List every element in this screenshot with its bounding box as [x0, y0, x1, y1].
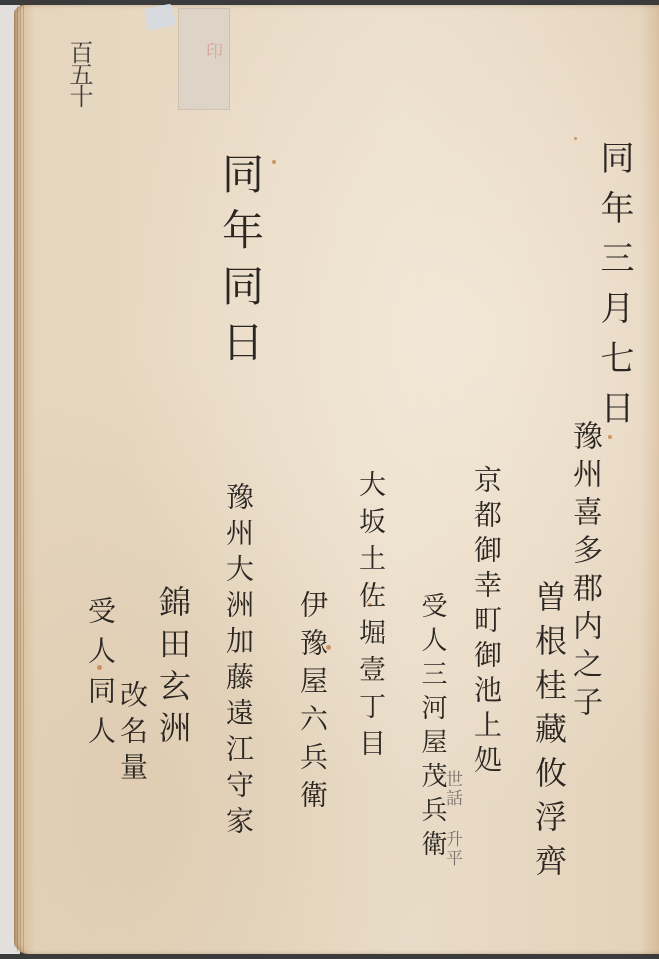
column-name-2: 錦田玄洲: [150, 585, 196, 753]
page-fore-edge: [14, 5, 24, 954]
viewer-bottom-bar: [0, 954, 659, 959]
seal-stamp: 印: [185, 15, 223, 85]
seal-label: 印: [178, 8, 230, 110]
column-receiver-3: 受人同人: [80, 596, 120, 756]
column-name-1: 曽根桂藏攸浮齊: [526, 580, 572, 888]
column-address-2: 大坂土佐堀壹丁目: [350, 470, 389, 766]
column-date-1: 同年三月七日: [590, 140, 639, 440]
column-receiver-1: 受人三河屋茂兵衛: [414, 592, 451, 864]
column-receiver-2: 伊豫屋六兵衛: [292, 590, 332, 818]
foxing-spot: [574, 137, 577, 140]
column-address-1: 京都御幸町御池上処: [466, 465, 506, 780]
column-origin-2: 豫州大洲加藤遠江守家: [218, 482, 258, 842]
page-number-marking: 百五十: [62, 40, 97, 106]
column-date-2: 同年同日: [210, 152, 270, 376]
foxing-spot: [272, 160, 276, 164]
